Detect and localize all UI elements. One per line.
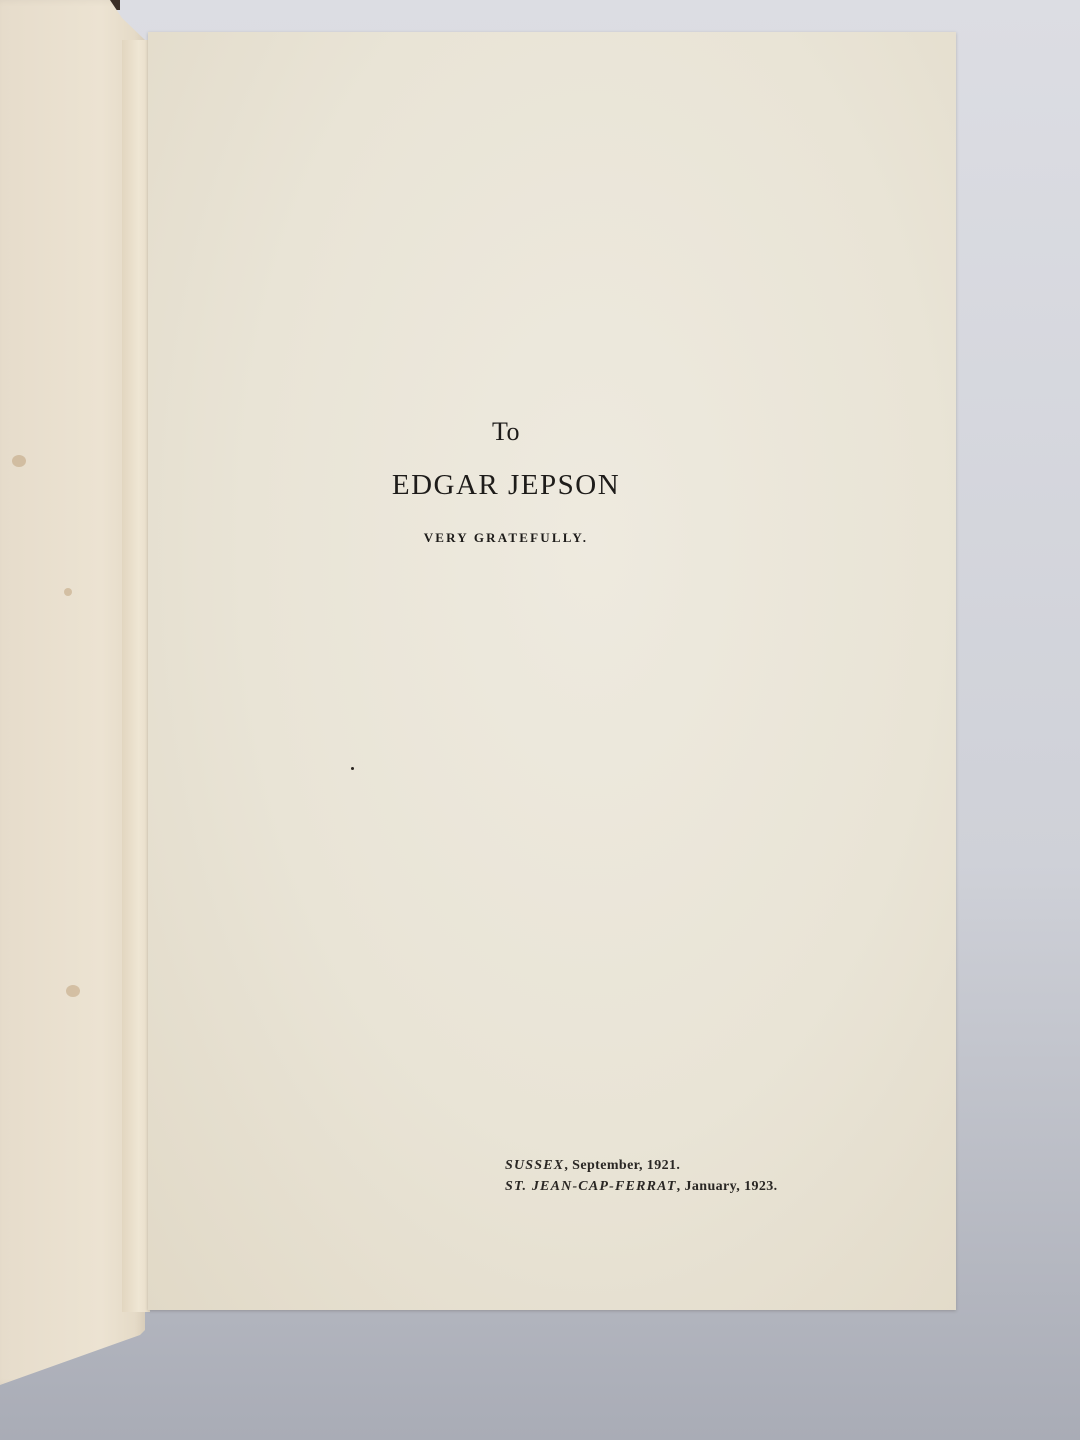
signoff-date: , January, 1923. bbox=[677, 1179, 778, 1194]
signoff-line: SUSSEX, September, 1921. bbox=[505, 1155, 778, 1176]
signoff-place: ST. JEAN-CAP-FERRAT bbox=[505, 1179, 677, 1194]
dedicatee-name: EDGAR JEPSON bbox=[386, 469, 626, 502]
foxing-spot bbox=[12, 455, 26, 467]
signoff-place: SUSSEX bbox=[505, 1158, 564, 1173]
foxing-spot bbox=[66, 985, 80, 997]
paper-speck bbox=[351, 767, 354, 770]
page-gutter bbox=[122, 40, 150, 1312]
dedication-to: To bbox=[356, 417, 656, 447]
signoff-block: SUSSEX, September, 1921. ST. JEAN-CAP-FE… bbox=[505, 1155, 778, 1197]
dedication-sentiment: VERY GRATEFULLY. bbox=[356, 530, 656, 546]
dedication-page: To EDGAR JEPSON VERY GRATEFULLY. SUSSEX,… bbox=[148, 32, 956, 1310]
signoff-line: ST. JEAN-CAP-FERRAT, January, 1923. bbox=[505, 1176, 778, 1197]
foxing-spot bbox=[64, 588, 72, 596]
signoff-date: , September, 1921. bbox=[564, 1158, 680, 1173]
